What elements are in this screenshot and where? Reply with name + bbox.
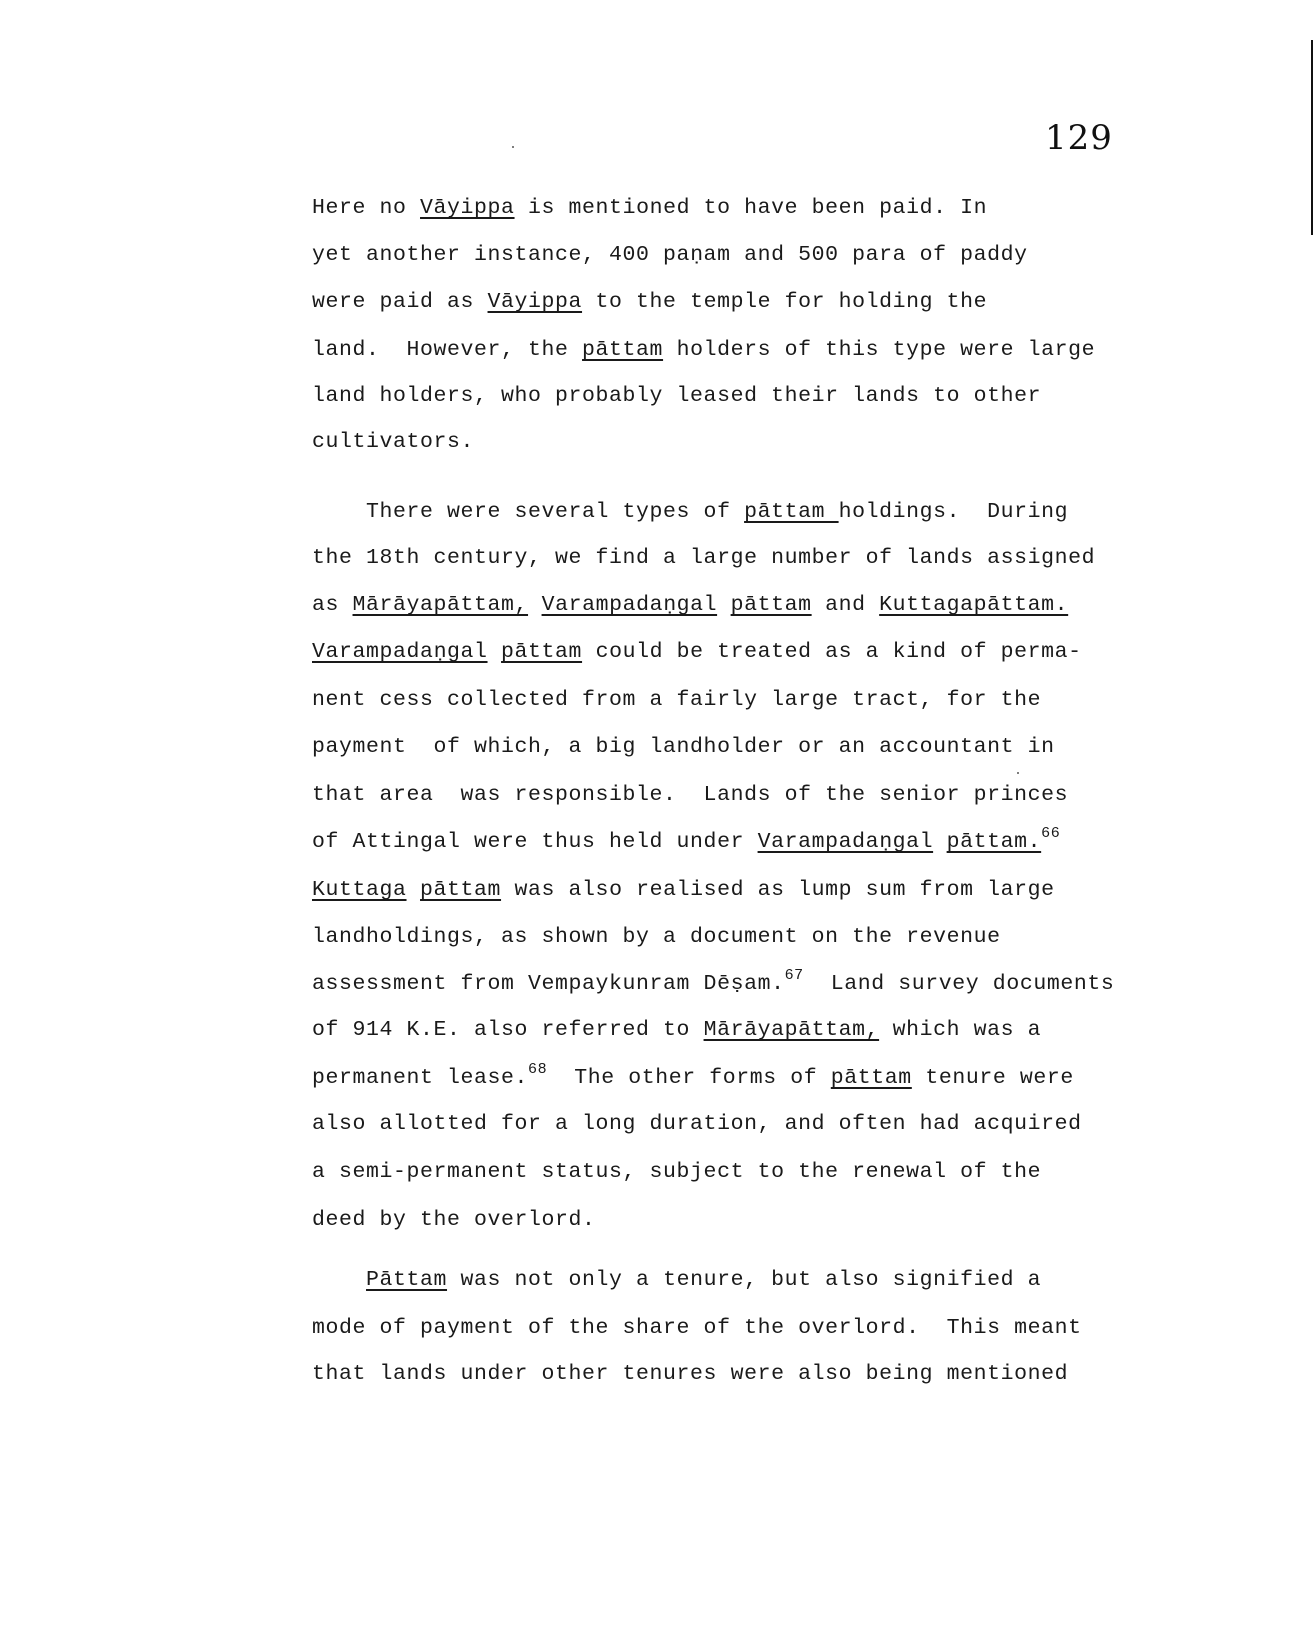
text-line: also allotted for a long duration, and o…	[312, 1114, 1082, 1136]
text-line: that lands under other tenures were also…	[312, 1364, 1068, 1386]
text-run: tenure were	[912, 1066, 1074, 1090]
underlined-term: Varampadaṇgal	[758, 830, 934, 854]
text-line: Varampadaṇgal pāttam could be treated as…	[312, 642, 1082, 664]
text-line: Here no Vāyippa is mentioned to have bee…	[312, 198, 987, 220]
text-run	[312, 1268, 366, 1292]
text-run: mode of payment of the share of the over…	[312, 1316, 1082, 1340]
text-run: yet another instance, 400 paṇam and 500 …	[312, 243, 1028, 267]
underlined-term: pāttam	[420, 878, 501, 902]
text-run: land holders, who probably leased their …	[312, 384, 1041, 408]
scan-speck	[1017, 772, 1019, 774]
text-run: Here no	[312, 196, 420, 220]
underlined-term: pāttam	[582, 338, 663, 362]
underlined-term: pāttam	[501, 640, 582, 664]
text-line: nent cess collected from a fairly large …	[312, 690, 1041, 712]
text-line: Pāttam was not only a tenure, but also s…	[312, 1270, 1041, 1292]
text-run: landholdings, as shown by a document on …	[312, 925, 1001, 949]
underlined-term: Varampadaṇgal	[312, 640, 488, 664]
text-line: were paid as Vāyippa to the temple for h…	[312, 292, 987, 314]
text-run: permanent lease.	[312, 1066, 528, 1090]
underlined-term: Mārāyapāttam,	[353, 593, 529, 617]
text-run: also allotted for a long duration, and o…	[312, 1112, 1082, 1136]
text-run: of 914 K.E. also referred to	[312, 1018, 704, 1042]
text-line: land holders, who probably leased their …	[312, 386, 1041, 408]
text-run	[528, 593, 542, 617]
text-line: the 18th century, we find a large number…	[312, 548, 1095, 570]
page-number: 129	[1045, 118, 1113, 158]
text-run: Land survey documents	[804, 972, 1115, 996]
underlined-term: Vāyippa	[420, 196, 515, 220]
text-run: a semi-permanent status, subject to the …	[312, 1160, 1041, 1184]
text-run: were paid as	[312, 290, 488, 314]
text-run: holders of this type were large	[663, 338, 1095, 362]
text-line: of 914 K.E. also referred to Mārāyapātta…	[312, 1020, 1041, 1042]
text-line: that area was responsible. Lands of the …	[312, 785, 1068, 807]
text-run: holdings. During	[839, 500, 1069, 524]
text-line: payment of which, a big landholder or an…	[312, 737, 1055, 759]
text-line: of Attingal were thus held under Varampa…	[312, 832, 1060, 854]
text-run: that lands under other tenures were also…	[312, 1362, 1068, 1386]
underlined-term: pāttam	[831, 1066, 912, 1090]
text-run: and	[812, 593, 880, 617]
text-run: could be treated as a kind of perma-	[582, 640, 1082, 664]
text-line: deed by the overlord.	[312, 1210, 596, 1232]
text-line: Kuttaga pāttam was also realised as lump…	[312, 880, 1055, 902]
text-run: The other forms of	[547, 1066, 831, 1090]
text-run: to the temple for holding the	[582, 290, 987, 314]
underlined-term: pāttam	[731, 593, 812, 617]
text-run	[933, 830, 947, 854]
footnote-ref: 66	[1041, 825, 1060, 842]
text-run: assessment from Vempaykunram Dēṣam.	[312, 972, 785, 996]
text-run: is mentioned to have been paid. In	[515, 196, 988, 220]
underlined-term: Varampadaṇgal	[542, 593, 718, 617]
underlined-term: pāttam	[744, 500, 839, 524]
text-run: land. However, the	[312, 338, 582, 362]
text-run: was also realised as lump sum from large	[501, 878, 1055, 902]
underlined-term: Kuttaga	[312, 878, 407, 902]
text-run	[407, 878, 421, 902]
text-run: deed by the overlord.	[312, 1208, 596, 1232]
text-line: as Mārāyapāttam, Varampadaṇgal pāttam an…	[312, 595, 1068, 617]
text-line: landholdings, as shown by a document on …	[312, 927, 1001, 949]
scan-speck	[512, 146, 514, 148]
footnote-ref: 67	[785, 967, 804, 984]
text-run	[488, 640, 502, 664]
text-run: was not only a tenure, but also signifie…	[447, 1268, 1041, 1292]
text-run: of Attingal were thus held under	[312, 830, 758, 854]
footnote-ref: 68	[528, 1061, 547, 1078]
text-run: There were several types of	[312, 500, 744, 524]
text-run: that area was responsible. Lands of the …	[312, 783, 1068, 807]
underlined-term: Vāyippa	[488, 290, 583, 314]
text-run: which was a	[879, 1018, 1041, 1042]
text-run	[717, 593, 731, 617]
underlined-term: Mārāyapāttam,	[704, 1018, 880, 1042]
text-run: as	[312, 593, 353, 617]
text-run: the 18th century, we find a large number…	[312, 546, 1095, 570]
text-run: cultivators.	[312, 430, 474, 454]
text-line: There were several types of pāttam holdi…	[312, 502, 1068, 524]
text-line: a semi-permanent status, subject to the …	[312, 1162, 1041, 1184]
underlined-term: Pāttam	[366, 1268, 447, 1292]
text-line: mode of payment of the share of the over…	[312, 1318, 1082, 1340]
text-line: land. However, the pāttam holders of thi…	[312, 340, 1095, 362]
text-run: nent cess collected from a fairly large …	[312, 688, 1041, 712]
underlined-term: Kuttagapāttam.	[879, 593, 1068, 617]
text-run: payment of which, a big landholder or an…	[312, 735, 1055, 759]
text-line: permanent lease.68 The other forms of pā…	[312, 1068, 1074, 1090]
text-line: cultivators.	[312, 432, 474, 454]
text-line: yet another instance, 400 paṇam and 500 …	[312, 245, 1028, 267]
underlined-term: pāttam.	[947, 830, 1042, 854]
text-line: assessment from Vempaykunram Dēṣam.67 La…	[312, 974, 1114, 996]
